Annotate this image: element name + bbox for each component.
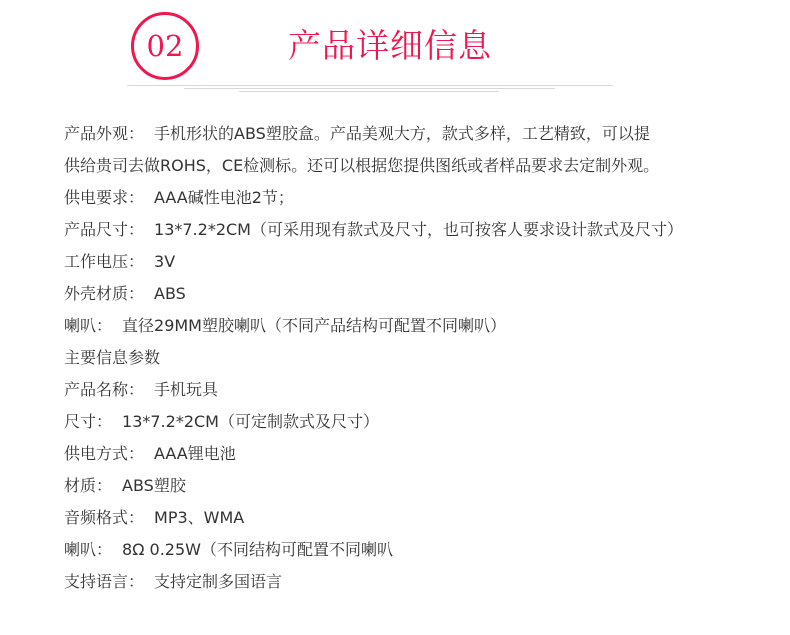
divider-line-long	[127, 85, 613, 86]
detail-label: 产品名称：	[64, 380, 144, 399]
detail-value: ABS	[154, 284, 186, 303]
detail-value: ABS塑胶	[122, 476, 186, 495]
detail-label: 供电要求：	[64, 188, 144, 207]
detail-value: 13*7.2*2CM（可定制款式及尺寸）	[122, 412, 379, 431]
detail-label: 产品外观：	[64, 124, 144, 143]
detail-label: 供电方式：	[64, 444, 144, 463]
detail-label: 产品尺寸：	[64, 220, 144, 239]
detail-value: 支持定制多国语言	[154, 572, 282, 591]
detail-label: 尺寸：	[64, 412, 112, 431]
detail-label: 喇叭：	[64, 316, 112, 335]
section-number: 02	[147, 29, 184, 63]
section-number-badge: 02	[131, 12, 199, 80]
detail-line-product-size: 产品尺寸：13*7.2*2CM（可采用现有款式及尺寸，也可按客人要求设计款式及尺…	[64, 214, 754, 246]
detail-line-material: 材质：ABS塑胶	[64, 470, 754, 502]
detail-value: 手机形状的ABS塑胶盒。产品美观大方，款式多样，工艺精致，可以提	[154, 124, 650, 143]
detail-value: 直径29MM塑胶喇叭（不同产品结构可配置不同喇叭）	[122, 316, 506, 335]
detail-label: 支持语言：	[64, 572, 144, 591]
detail-label: 工作电压：	[64, 252, 144, 271]
detail-line-shell-material: 外壳材质：ABS	[64, 278, 754, 310]
detail-line-power-method: 供电方式：AAA锂电池	[64, 438, 754, 470]
detail-line-appearance-cont: 供给贵司去做ROHS，CE检测标。还可以根据您提供图纸或者样品要求去定制外观。	[64, 150, 754, 182]
section-title: 产品详细信息	[288, 24, 492, 68]
detail-value: 供给贵司去做ROHS，CE检测标。还可以根据您提供图纸或者样品要求去定制外观。	[64, 156, 659, 175]
section-header: 02 产品详细信息	[0, 0, 790, 100]
detail-label: 外壳材质：	[64, 284, 144, 303]
detail-value: AAA碱性电池2节；	[154, 188, 294, 207]
detail-line-product-name: 产品名称：手机玩具	[64, 374, 754, 406]
detail-label: 喇叭：	[64, 540, 112, 559]
detail-label: 音频格式：	[64, 508, 144, 527]
subheading: 主要信息参数	[64, 348, 160, 367]
detail-line-speaker: 喇叭：直径29MM塑胶喇叭（不同产品结构可配置不同喇叭）	[64, 310, 754, 342]
detail-subheading-main-params: 主要信息参数	[64, 342, 754, 374]
detail-line-voltage: 工作电压：3V	[64, 246, 754, 278]
detail-line-speaker-spec: 喇叭：8Ω 0.25W（不同结构可配置不同喇叭	[64, 534, 754, 566]
detail-value: 13*7.2*2CM（可采用现有款式及尺寸，也可按客人要求设计款式及尺寸）	[154, 220, 683, 239]
detail-line-power-requirement: 供电要求：AAA碱性电池2节；	[64, 182, 754, 214]
detail-label: 材质：	[64, 476, 112, 495]
detail-line-audio-format: 音频格式：MP3、WMA	[64, 502, 754, 534]
detail-line-languages: 支持语言：支持定制多国语言	[64, 566, 754, 598]
detail-line-size: 尺寸：13*7.2*2CM（可定制款式及尺寸）	[64, 406, 754, 438]
detail-value: AAA锂电池	[154, 444, 236, 463]
divider-line-short	[239, 91, 499, 92]
product-details: 产品外观：手机形状的ABS塑胶盒。产品美观大方，款式多样，工艺精致，可以提 供给…	[64, 118, 754, 598]
detail-value: 手机玩具	[154, 380, 218, 399]
divider-line-medium	[184, 88, 555, 89]
detail-value: 3V	[154, 252, 175, 271]
detail-line-appearance: 产品外观：手机形状的ABS塑胶盒。产品美观大方，款式多样，工艺精致，可以提	[64, 118, 754, 150]
detail-value: 8Ω 0.25W（不同结构可配置不同喇叭	[122, 540, 393, 559]
detail-value: MP3、WMA	[154, 508, 244, 527]
